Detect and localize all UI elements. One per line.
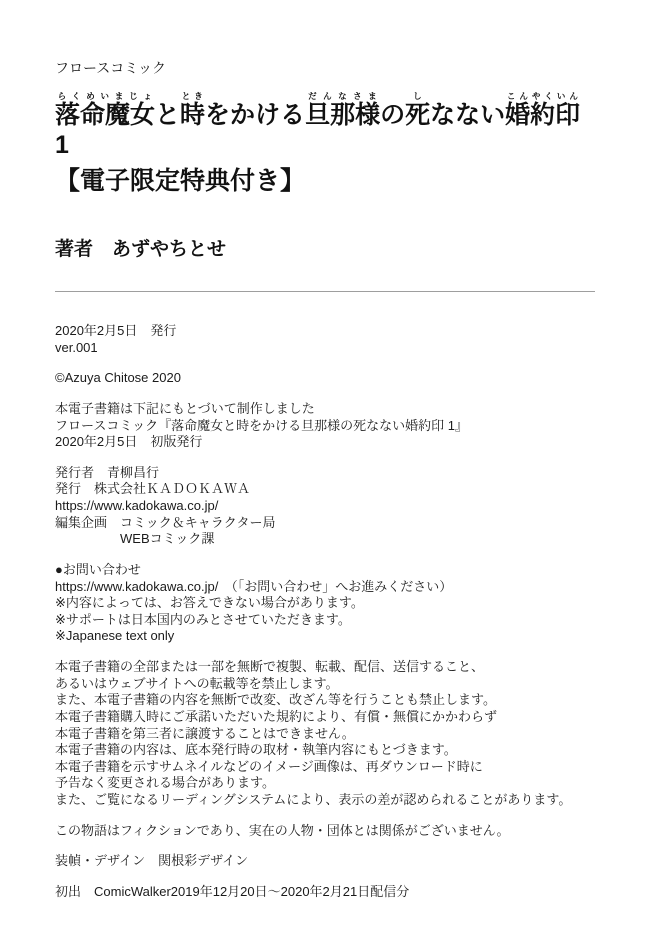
colophon-page: { "colors": { "background": "#ffffff", "…: [0, 0, 650, 925]
title-ruby-dannasama: 旦那様だんなさま: [305, 101, 380, 129]
text-line: ※Japanese text only: [55, 628, 595, 645]
section-legal: 本電子書籍の全部または一部を無断で複製、転載、配信、送信すること、あるいはウェブ…: [55, 659, 595, 809]
text-line: また、ご覧になるリーディングシステムにより、表示の差が認められることがあります。: [55, 792, 595, 809]
text-line: ※内容によっては、お答えできない場合があります。: [55, 595, 595, 612]
title-ruby-konyakuin: 婚約印こんやくいん: [505, 101, 580, 129]
series-label: フロースコミック: [55, 60, 595, 76]
section-contact: ●お問い合わせhttps://www.kadokawa.co.jp/ （「お問い…: [55, 562, 595, 645]
section-source: 本電子書籍は下記にもとづいて制作しましたフロースコミック『落命魔女と時をかける旦…: [55, 401, 595, 451]
text-line: 予告なく変更される場合があります。: [55, 775, 595, 792]
text-line: https://www.kadokawa.co.jp/ （「お問い合わせ」へお進…: [55, 579, 595, 596]
section-design-credit: 装幀・デザイン 関根彩デザイン: [55, 853, 595, 870]
colophon-content: フロースコミック 落命魔女らくめいまじょと時ときをかける旦那様だんなさまの死しな…: [0, 0, 650, 925]
text-line: フロースコミック『落命魔女と時をかける旦那様の死なない婚約印 1』: [55, 418, 595, 435]
text-line: ●お問い合わせ: [55, 562, 595, 579]
section-edition: 2020年2月5日 発行ver.001: [55, 323, 595, 356]
text-line: ©Azuya Chitose 2020: [55, 370, 595, 387]
text-line: 編集企画 コミック＆キャラクター局: [55, 515, 595, 532]
text-line: 発行 株式会社ＫＡＤＯＫＡＷＡ: [55, 481, 595, 498]
text-line: この物語はフィクションであり、実在の人物・団体とは関係がございません。: [55, 823, 595, 840]
text-line: ver.001: [55, 340, 595, 357]
divider: [55, 291, 595, 292]
text-line: 2020年2月5日 発行: [55, 323, 595, 340]
text-line: 2020年2月5日 初版発行: [55, 434, 595, 451]
colophon-body: 2020年2月5日 発行ver.001 ©Azuya Chitose 2020 …: [55, 323, 595, 901]
section-first-appearance: 初出 ComicWalker2019年12月20日～2020年2月21日配信分: [55, 884, 595, 901]
section-copyright: ©Azuya Chitose 2020: [55, 370, 595, 387]
text-line: また、本電子書籍の内容を無断で改変、改ざん等を行うことも禁止します。: [55, 692, 595, 709]
text-line: 装幀・デザイン 関根彩デザイン: [55, 853, 595, 870]
text-line: https://www.kadokawa.co.jp/: [55, 498, 595, 515]
text-line: 本電子書籍を示すサムネイルなどのイメージ画像は、再ダウンロード時に: [55, 759, 595, 776]
title-ruby-toki: 時とき: [180, 101, 205, 129]
text-line: 本電子書籍の全部または一部を無断で複製、転載、配信、送信すること、: [55, 659, 595, 676]
title-line-2: 【電子限定特典付き】: [55, 166, 595, 196]
text-line: 初出 ComicWalker2019年12月20日～2020年2月21日配信分: [55, 884, 595, 901]
text-line: ※サポートは日本国内のみとさせていただきます。: [55, 612, 595, 629]
section-publisher: 発行者 青柳昌行発行 株式会社ＫＡＤＯＫＡＷＡhttps://www.kadok…: [55, 465, 595, 548]
text-line: 本電子書籍の内容は、底本発行時の取材・執筆内容にもとづきます。: [55, 742, 595, 759]
text-line: 本電子書籍購入時にご承諾いただいた規約により、有償・無償にかかわらず: [55, 709, 595, 726]
title-ruby-rakumei-majo: 落命魔女らくめいまじょ: [55, 101, 155, 129]
title-line-1: 落命魔女らくめいまじょと時ときをかける旦那様だんなさまの死しなない婚約印こんやく…: [55, 91, 595, 160]
text-line: 発行者 青柳昌行: [55, 465, 595, 482]
text-line: 本電子書籍は下記にもとづいて制作しました: [55, 401, 595, 418]
text-line: 本電子書籍を第三者に譲渡することはできません。: [55, 726, 595, 743]
section-fiction-notice: この物語はフィクションであり、実在の人物・団体とは関係がございません。: [55, 823, 595, 840]
book-title: 落命魔女らくめいまじょと時ときをかける旦那様だんなさまの死しなない婚約印こんやく…: [55, 91, 595, 196]
title-ruby-shi: 死し: [405, 101, 430, 129]
author-line: 著者 あずやちとせ: [55, 234, 595, 261]
text-line: WEBコミック課: [55, 531, 595, 548]
text-line: あるいはウェブサイトへの転載等を禁止します。: [55, 676, 595, 693]
